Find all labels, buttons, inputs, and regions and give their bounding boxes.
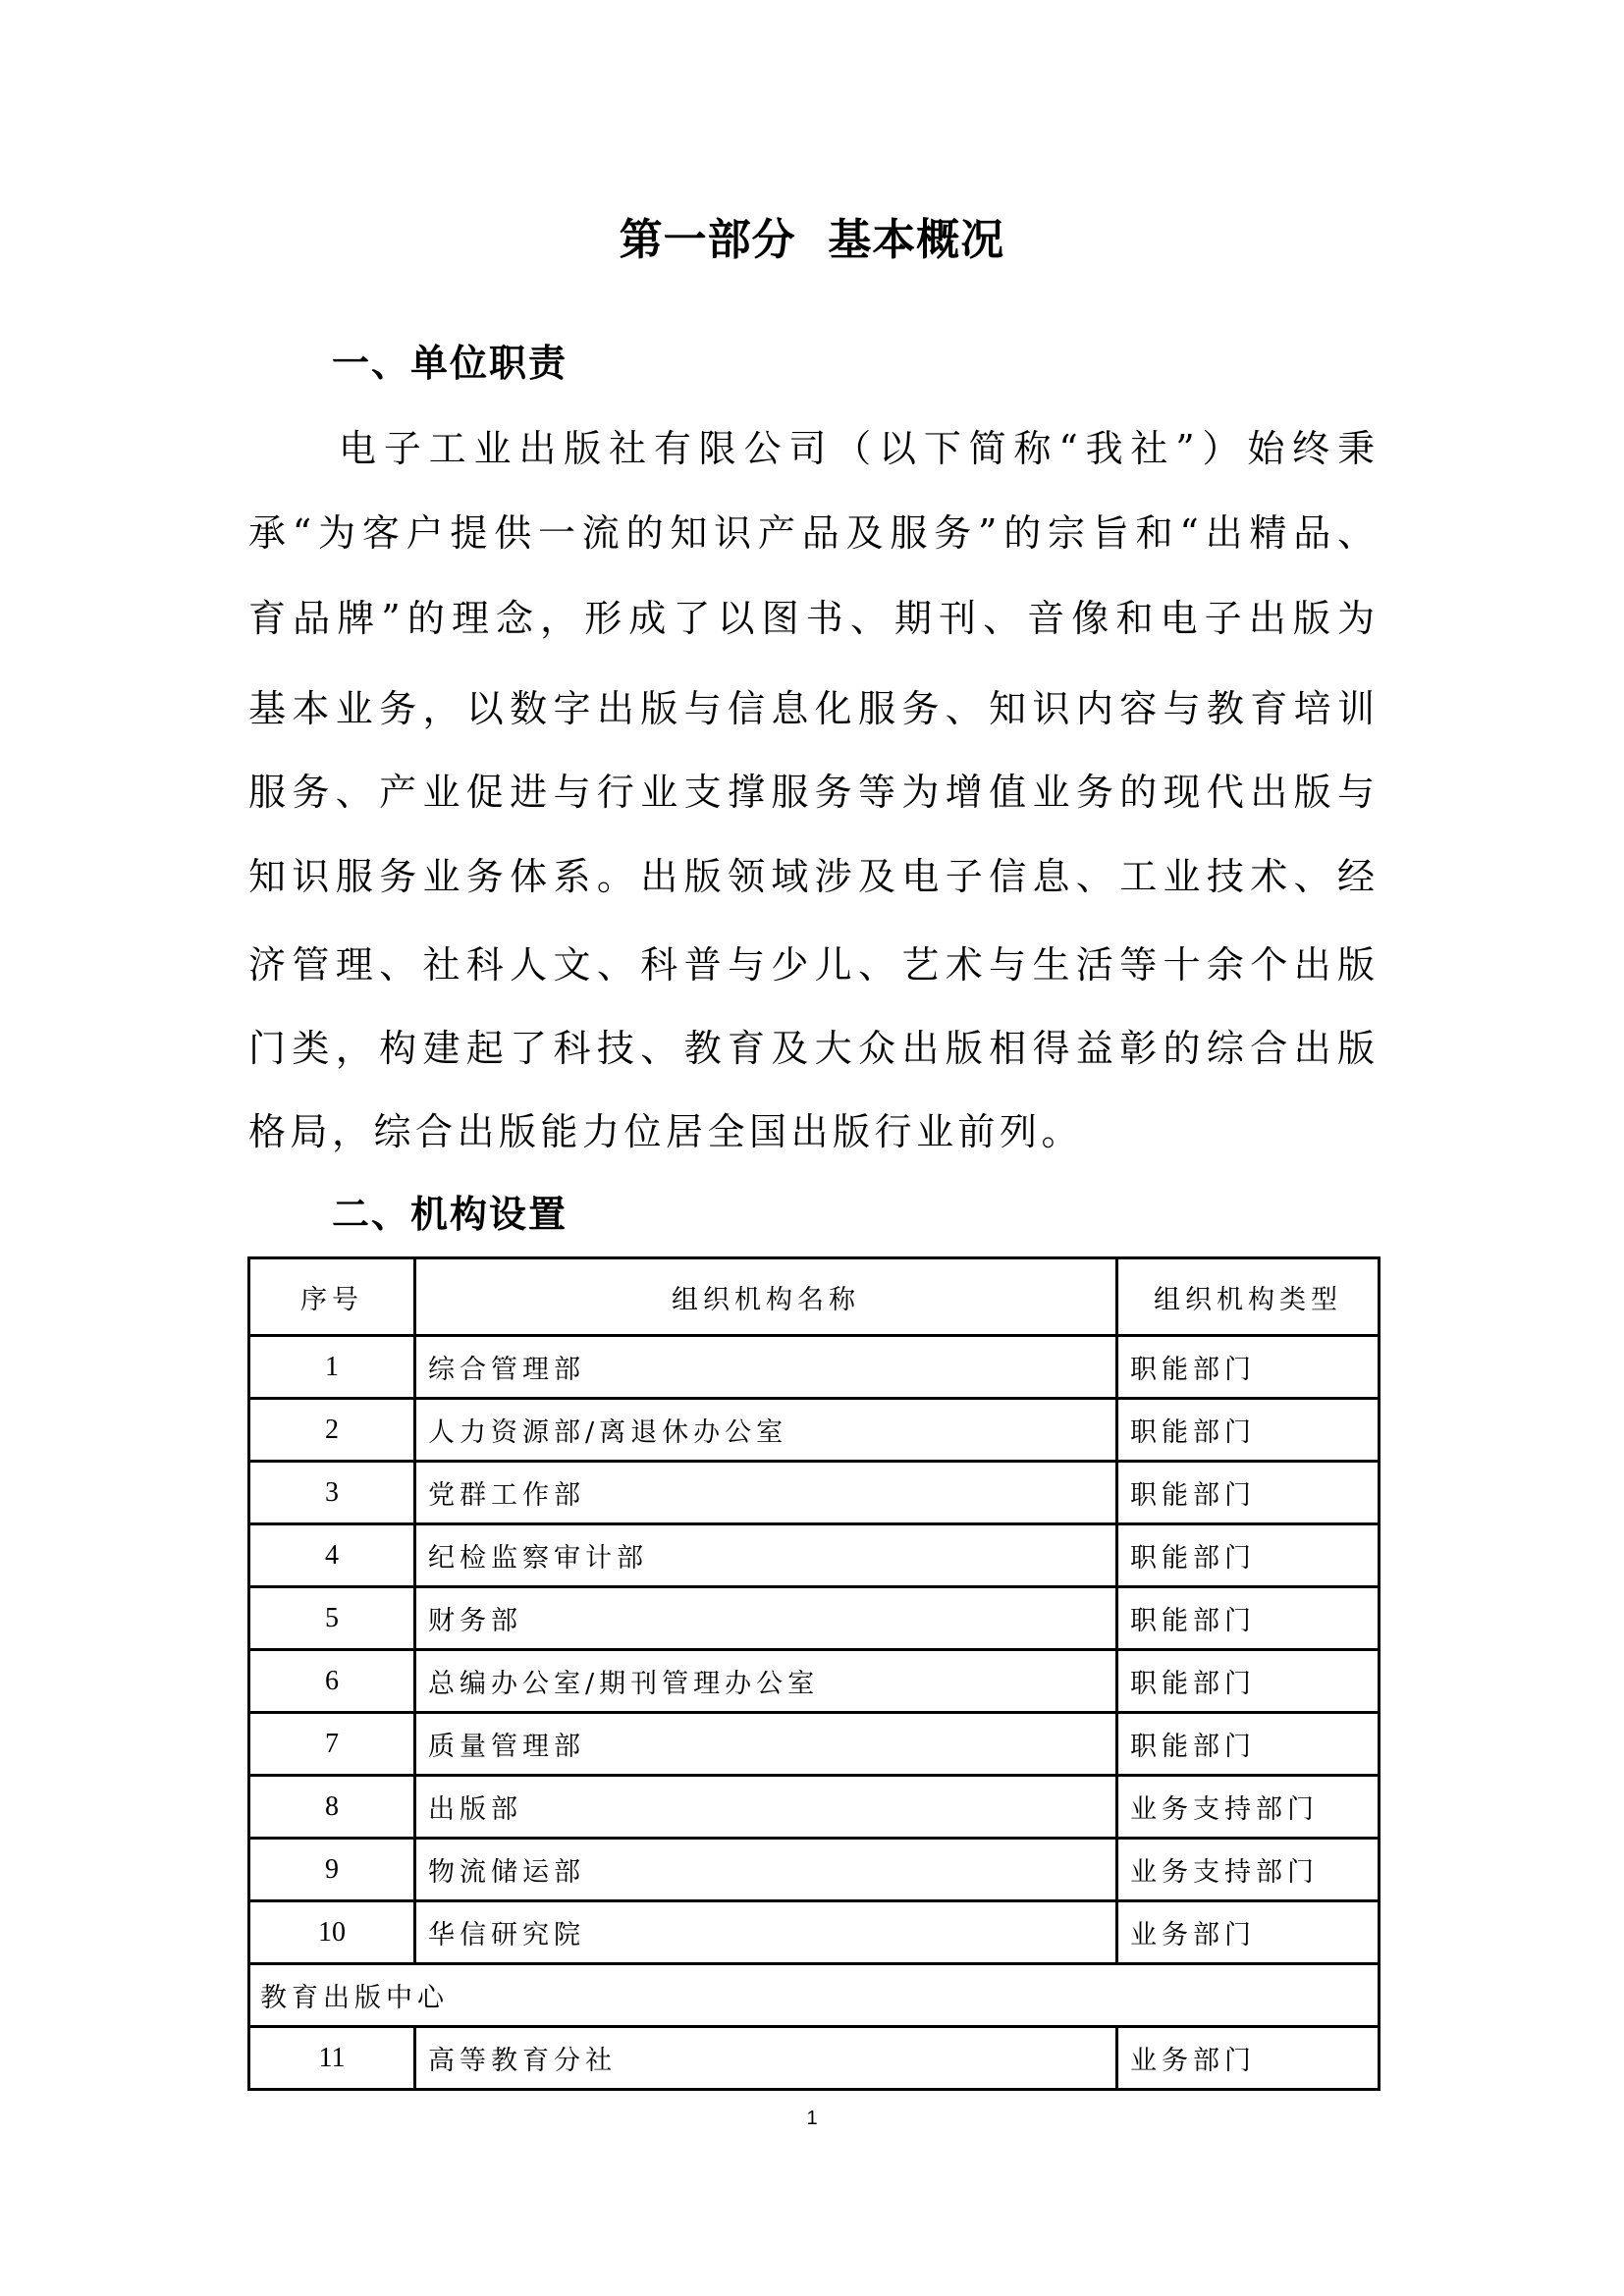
group-label: 教育出版中心	[249, 1964, 1380, 2027]
page-number: 1	[0, 2107, 1624, 2130]
cell-type: 业务部门	[1117, 2027, 1380, 2090]
page-title: 第一部分 基本概况	[0, 211, 1624, 270]
cell-name: 纪检监察审计部	[415, 1524, 1117, 1587]
cell-name: 质量管理部	[415, 1713, 1117, 1776]
cell-name: 华信研究院	[415, 1901, 1117, 1964]
cell-number: 1	[249, 1336, 415, 1399]
document-page: 第一部分 基本概况 一、单位职责 电子工业出版社有限公司（以下简称“我社”）始终…	[0, 0, 1624, 2296]
cell-number: 11	[249, 2027, 415, 2090]
cell-type: 业务部门	[1117, 1901, 1380, 1964]
cell-type: 业务支持部门	[1117, 1839, 1380, 1901]
cell-number: 6	[249, 1650, 415, 1713]
cell-type: 职能部门	[1117, 1587, 1380, 1650]
cell-name: 财务部	[415, 1587, 1117, 1650]
table-row: 1 综合管理部 职能部门	[249, 1336, 1380, 1399]
cell-number: 2	[249, 1399, 415, 1462]
cell-type: 职能部门	[1117, 1524, 1380, 1587]
cell-number: 4	[249, 1524, 415, 1587]
table-row: 6 总编办公室/期刊管理办公室 职能部门	[249, 1650, 1380, 1713]
table-row: 2 人力资源部/离退休办公室 职能部门	[249, 1399, 1380, 1462]
cell-name: 物流储运部	[415, 1839, 1117, 1901]
paragraph-line: 门类，构建起了科技、教育及大众出版相得益彰的综合出版	[248, 1024, 1375, 1073]
table-row: 9 物流储运部 业务支持部门	[249, 1839, 1380, 1901]
cell-name: 总编办公室/期刊管理办公室	[415, 1650, 1117, 1713]
column-header-name: 组织机构名称	[415, 1258, 1117, 1336]
cell-number: 5	[249, 1587, 415, 1650]
cell-type: 职能部门	[1117, 1650, 1380, 1713]
organization-table: 序号 组织机构名称 组织机构类型 1 综合管理部 职能部门 2 人力资源部/离退…	[247, 1256, 1380, 2091]
table-row: 10 华信研究院 业务部门	[249, 1901, 1380, 1964]
cell-name: 出版部	[415, 1776, 1117, 1839]
cell-name: 党群工作部	[415, 1462, 1117, 1524]
paragraph-line: 服务、产业促进与行业支撑服务等为增值业务的现代出版与	[248, 768, 1375, 817]
table-group-row: 教育出版中心	[249, 1964, 1380, 2027]
paragraph-line: 育品牌”的理念，形成了以图书、期刊、音像和电子出版为	[248, 594, 1375, 643]
cell-number: 10	[249, 1901, 415, 1964]
paragraph-line: 承“为客户提供一流的知识产品及服务”的宗旨和“出精品、	[248, 508, 1375, 558]
column-header-type: 组织机构类型	[1117, 1258, 1380, 1336]
cell-type: 业务支持部门	[1117, 1776, 1380, 1839]
section-heading-responsibilities: 一、单位职责	[332, 339, 568, 388]
cell-name: 综合管理部	[415, 1336, 1117, 1399]
cell-number: 9	[249, 1839, 415, 1901]
cell-number: 7	[249, 1713, 415, 1776]
table-row: 7 质量管理部 职能部门	[249, 1713, 1380, 1776]
paragraph-line: 基本业务，以数字出版与信息化服务、知识内容与教育培训	[248, 684, 1375, 733]
cell-type: 职能部门	[1117, 1462, 1380, 1524]
cell-number: 3	[249, 1462, 415, 1524]
paragraph-line: 济管理、社科人文、科普与少儿、艺术与生活等十余个出版	[248, 940, 1375, 989]
paragraph-line: 电子工业出版社有限公司（以下简称“我社”）始终秉	[339, 424, 1375, 473]
table-row: 4 纪检监察审计部 职能部门	[249, 1524, 1380, 1587]
table-row: 8 出版部 业务支持部门	[249, 1776, 1380, 1839]
table-row: 3 党群工作部 职能部门	[249, 1462, 1380, 1524]
cell-type: 职能部门	[1117, 1713, 1380, 1776]
cell-number: 8	[249, 1776, 415, 1839]
paragraph-line: 格局，综合出版能力位居全国出版行业前列。	[248, 1107, 1375, 1156]
table-row: 11 高等教育分社 业务部门	[249, 2027, 1380, 2090]
cell-name: 人力资源部/离退休办公室	[415, 1399, 1117, 1462]
table-row: 5 财务部 职能部门	[249, 1587, 1380, 1650]
table-header-row: 序号 组织机构名称 组织机构类型	[249, 1258, 1380, 1336]
column-header-number: 序号	[249, 1258, 415, 1336]
cell-name: 高等教育分社	[415, 2027, 1117, 2090]
section-heading-organization: 二、机构设置	[332, 1190, 568, 1239]
cell-type: 职能部门	[1117, 1336, 1380, 1399]
paragraph-line: 知识服务业务体系。出版领域涉及电子信息、工业技术、经	[248, 852, 1375, 901]
cell-type: 职能部门	[1117, 1399, 1380, 1462]
